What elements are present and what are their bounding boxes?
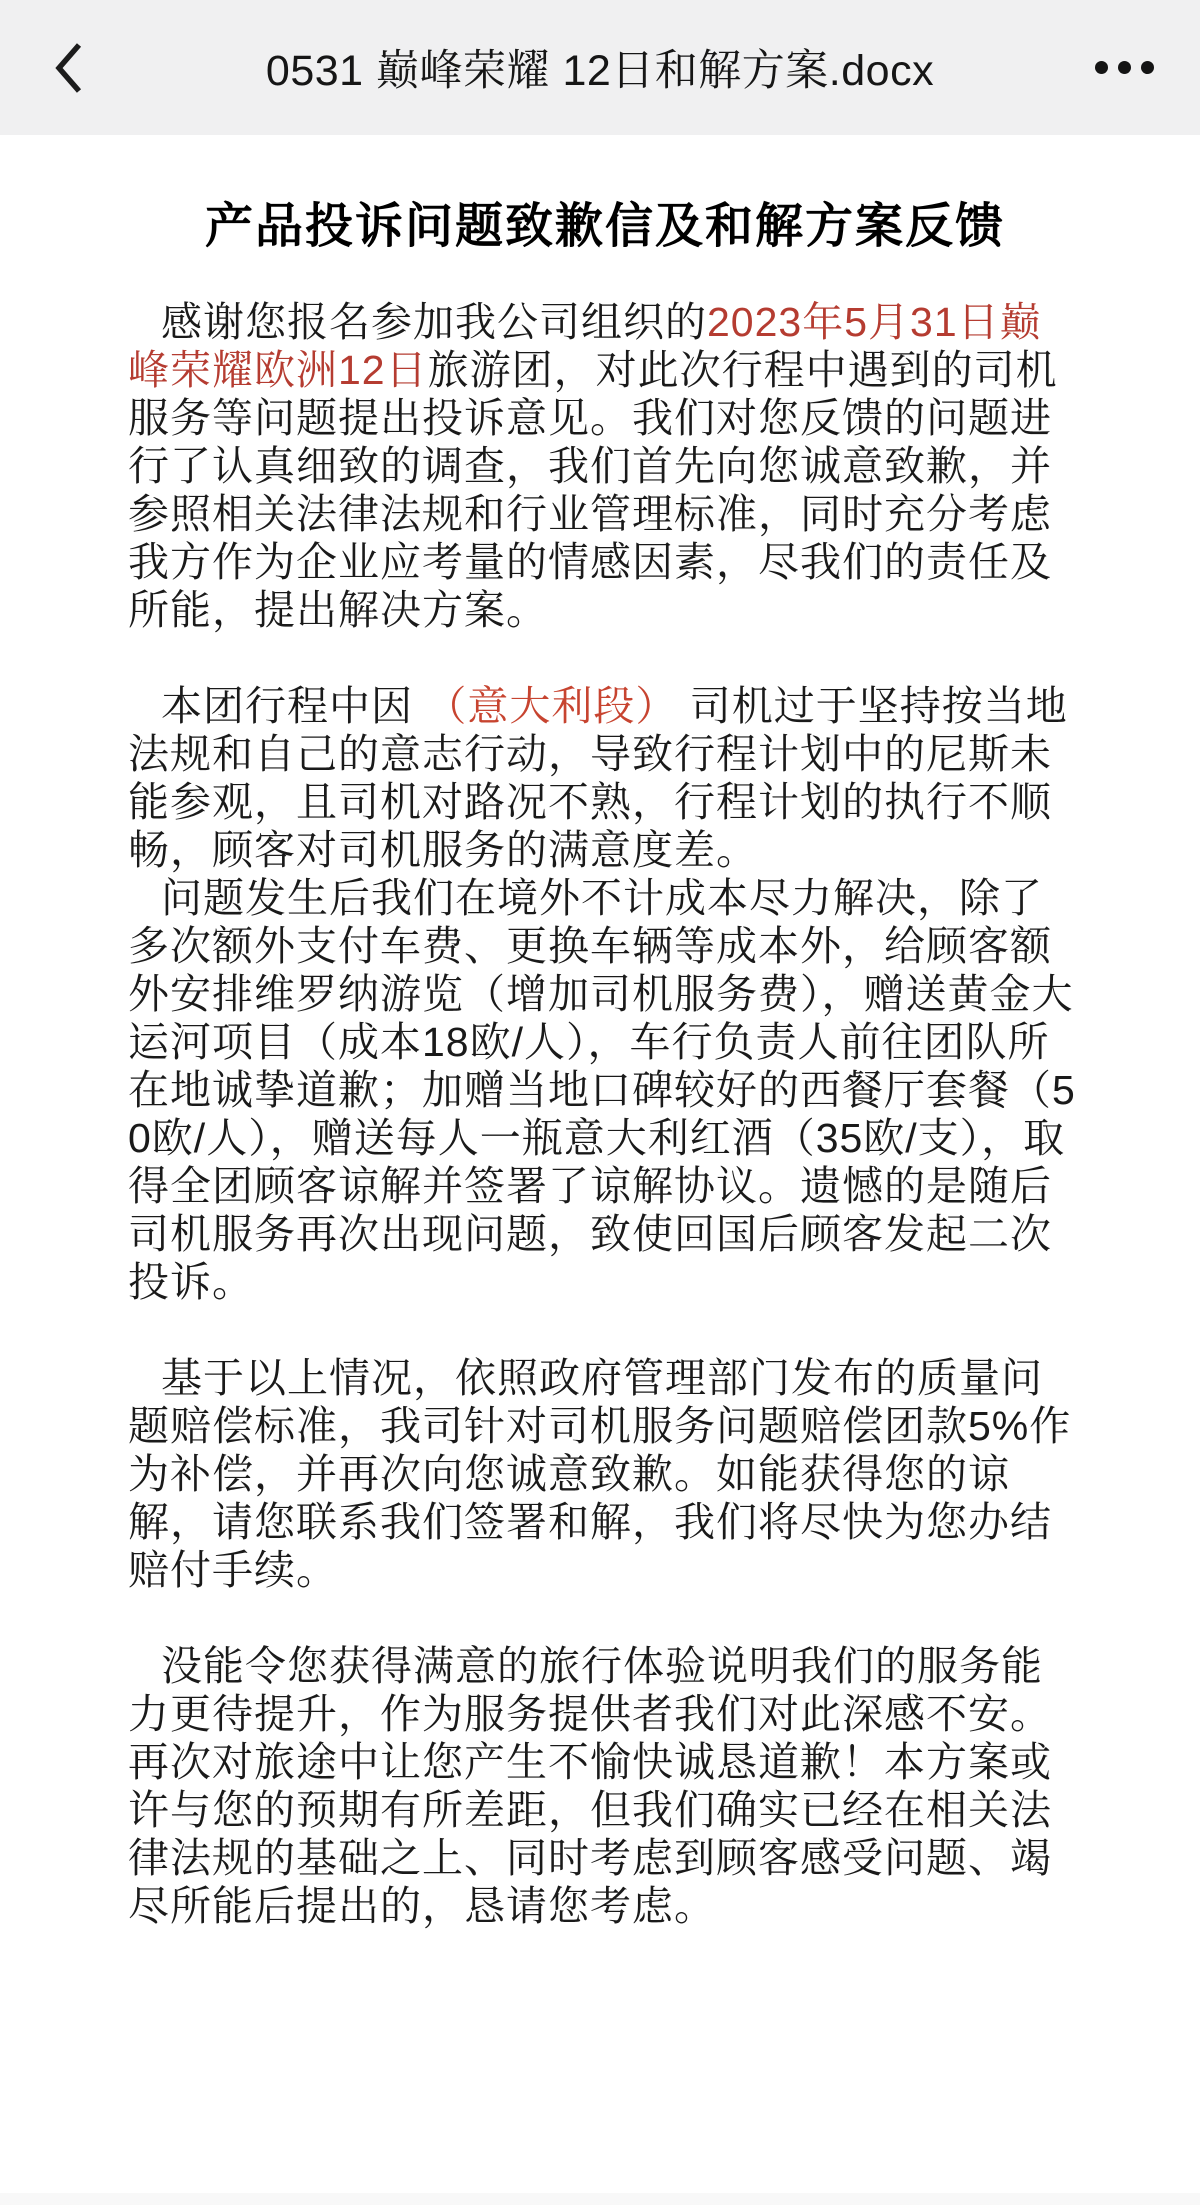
text-segment: 本团行程中因: [161, 683, 425, 729]
document-title: 产品投诉问题致歉信及和解方案反馈: [128, 198, 1082, 256]
paragraph: 本团行程中因 （意大利段） 司机过于坚持按当地法规和自己的意志行动，导致行程计划…: [128, 682, 1082, 874]
text-segment: 没能令您获得满意的旅行体验说明我们的服务能力更待提升，作为服务提供者我们对此深感…: [128, 1643, 1052, 1929]
navigation-bar: 0531 巅峰荣耀 12日和解方案.docx: [0, 0, 1200, 135]
chevron-left-icon: [52, 40, 84, 96]
highlighted-text: （意大利段）: [425, 683, 677, 729]
text-segment: 问题发生后我们在境外不计成本尽力解决，除了多次额外支付车费、更换车辆等成本外，给…: [128, 875, 1076, 1305]
file-preview-screen: 0531 巅峰荣耀 12日和解方案.docx 产品投诉问题致歉信及和解方案反馈 …: [0, 0, 1200, 2205]
paragraph: 感谢您报名参加我公司组织的2023年5月31日巅峰荣耀欧洲12日旅游团，对此次行…: [128, 298, 1082, 634]
file-title: 0531 巅峰荣耀 12日和解方案.docx: [266, 37, 934, 98]
document-body: 感谢您报名参加我公司组织的2023年5月31日巅峰荣耀欧洲12日旅游团，对此次行…: [128, 298, 1082, 1930]
back-button[interactable]: [36, 32, 100, 104]
paragraph: 问题发生后我们在境外不计成本尽力解决，除了多次额外支付车费、更换车辆等成本外，给…: [128, 874, 1082, 1306]
more-button[interactable]: [1095, 32, 1154, 104]
text-segment: 感谢您报名参加我公司组织的: [161, 299, 707, 345]
paragraph: 基于以上情况，依照政府管理部门发布的质量问题赔偿标准，我司针对司机服务问题赔偿团…: [128, 1354, 1082, 1594]
document-viewer: 产品投诉问题致歉信及和解方案反馈 感谢您报名参加我公司组织的2023年5月31日…: [0, 135, 1200, 1930]
bottom-edge: [0, 2193, 1200, 2205]
text-segment: 基于以上情况，依照政府管理部门发布的质量问题赔偿标准，我司针对司机服务问题赔偿团…: [128, 1355, 1071, 1593]
paragraph: 没能令您获得满意的旅行体验说明我们的服务能力更待提升，作为服务提供者我们对此深感…: [128, 1642, 1082, 1930]
ellipsis-icon: [1095, 61, 1154, 74]
